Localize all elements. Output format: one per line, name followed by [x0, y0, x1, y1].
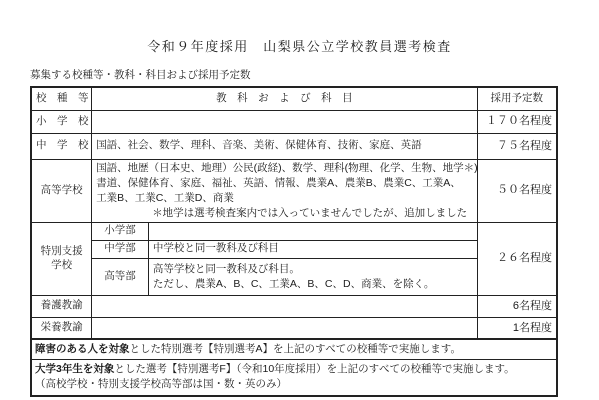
note-row-special-selection-f: 大学3年生を対象とした選考【特別選考F】（令和10年度採用）を上記のすべての校種…: [31, 360, 557, 396]
special-junior-text: 中学校と同一教科及び科目: [148, 240, 477, 258]
high-school-label: 高等学校: [31, 159, 92, 222]
document-page: 令和９年度採用 山梨県公立学校教員選考検査 募集する校種等・教科・科目および採用…: [0, 0, 599, 400]
elementary-hires: １７０名程度: [477, 110, 557, 133]
header-school-type: 校 種 等: [31, 87, 92, 110]
table-row-special-elementary: 特別支援 学校 小学部 ２６名程度: [31, 222, 557, 240]
special-support-label-line2: 学校: [36, 259, 87, 273]
note-b-bold-text: 大学3年生を対象: [35, 363, 114, 375]
high-school-subjects: 国語、地歴（日本史、地理）公民(政経)、数学、理科(物理、化学、生物、地学＊)、…: [92, 159, 477, 222]
nursing-teacher-hires: 6名程度: [477, 295, 557, 317]
special-senior-text: 高等学校と同一教科及び科目。 ただし、農業A、B、C、工業A、B、C、D、商業、…: [148, 258, 477, 295]
high-school-subjects-line3: 工業B、工業C、工業D、商業: [96, 191, 472, 206]
junior-high-hires: ７５名程度: [477, 133, 557, 159]
nutrition-teacher-label: 栄養教諭: [31, 317, 92, 339]
special-support-label: 特別支援 学校: [31, 222, 92, 295]
special-elementary-text: [148, 222, 477, 240]
table-row-nutrition-teacher: 栄養教諭 1名程度: [31, 317, 557, 339]
high-school-footnote: ＊地学は選考検査案内では入っていませんでしたが、追加しました: [96, 206, 472, 221]
elementary-label: 小 学 校: [31, 110, 92, 133]
special-senior-label: 高等部: [92, 258, 149, 295]
note-b-line2: （高校学校・特別支援学校高等部は国・数・英のみ）: [35, 377, 553, 392]
note-row-special-selection-a: 障害のある人を対象とした特別選考【特別選考A】を上記のすべての校種等で実施します…: [31, 339, 557, 360]
table-row-high-school: 高等学校 国語、地歴（日本史、地理）公民(政経)、数学、理科(物理、化学、生物、…: [31, 159, 557, 222]
junior-high-subjects: 国語、社会、数学、理科、音楽、美術、保健体育、技術、家庭、英語: [92, 133, 477, 159]
table-row-elementary: 小 学 校 １７０名程度: [31, 110, 557, 133]
note-a-rest-text: とした特別選考【特別選考A】を上記のすべての校種等で実施します。: [130, 343, 461, 355]
nutrition-teacher-subjects: [92, 317, 477, 339]
nursing-teacher-label: 養護教諭: [31, 295, 92, 317]
nursing-teacher-subjects: [92, 295, 477, 317]
special-support-label-line1: 特別支援: [36, 245, 87, 259]
special-support-hires: ２６名程度: [477, 222, 557, 295]
special-junior-label: 中学部: [92, 240, 149, 258]
header-subjects: 教 科 お よ び 科 目: [92, 87, 477, 110]
special-elementary-label: 小学部: [92, 222, 149, 240]
elementary-subjects: [92, 110, 477, 133]
table-row-junior-high: 中 学 校 国語、社会、数学、理科、音楽、美術、保健体育、技術、家庭、英語 ７５…: [31, 133, 557, 159]
page-title: 令和９年度採用 山梨県公立学校教員選考検査: [0, 36, 599, 55]
recruitment-table: 校 種 等 教 科 お よ び 科 目 採用予定数 小 学 校 １７０名程度 中…: [30, 86, 558, 397]
page-subtitle: 募集する校種等・教科・科目および採用予定数: [30, 67, 251, 82]
special-senior-text-line2: ただし、農業A、B、C、工業A、B、C、D、商業、を除く。: [153, 277, 473, 292]
high-school-subjects-line1: 国語、地歴（日本史、地理）公民(政経)、数学、理科(物理、化学、生物、地学＊)、: [96, 161, 472, 176]
table-row-nursing-teacher: 養護教諭 6名程度: [31, 295, 557, 317]
junior-high-label: 中 学 校: [31, 133, 92, 159]
header-hires: 採用予定数: [477, 87, 557, 110]
table-header-row: 校 種 等 教 科 お よ び 科 目 採用予定数: [31, 87, 557, 110]
note-b-rest-text: とした選考【特別選考F】（令和10年度採用）を上記のすべての校種等で実施します。: [114, 363, 514, 375]
special-senior-text-line1: 高等学校と同一教科及び科目。: [153, 262, 473, 277]
high-school-hires: ５０名程度: [477, 159, 557, 222]
note-b-cell: 大学3年生を対象とした選考【特別選考F】（令和10年度採用）を上記のすべての校種…: [31, 360, 557, 396]
note-a-cell: 障害のある人を対象とした特別選考【特別選考A】を上記のすべての校種等で実施します…: [31, 339, 557, 360]
nutrition-teacher-hires: 1名程度: [477, 317, 557, 339]
note-a-bold-text: 障害のある人を対象: [35, 343, 130, 355]
high-school-subjects-line2: 書道、保健体育、家庭、福祉、英語、情報、農業A、農業B、農業C、工業A、: [96, 176, 472, 191]
